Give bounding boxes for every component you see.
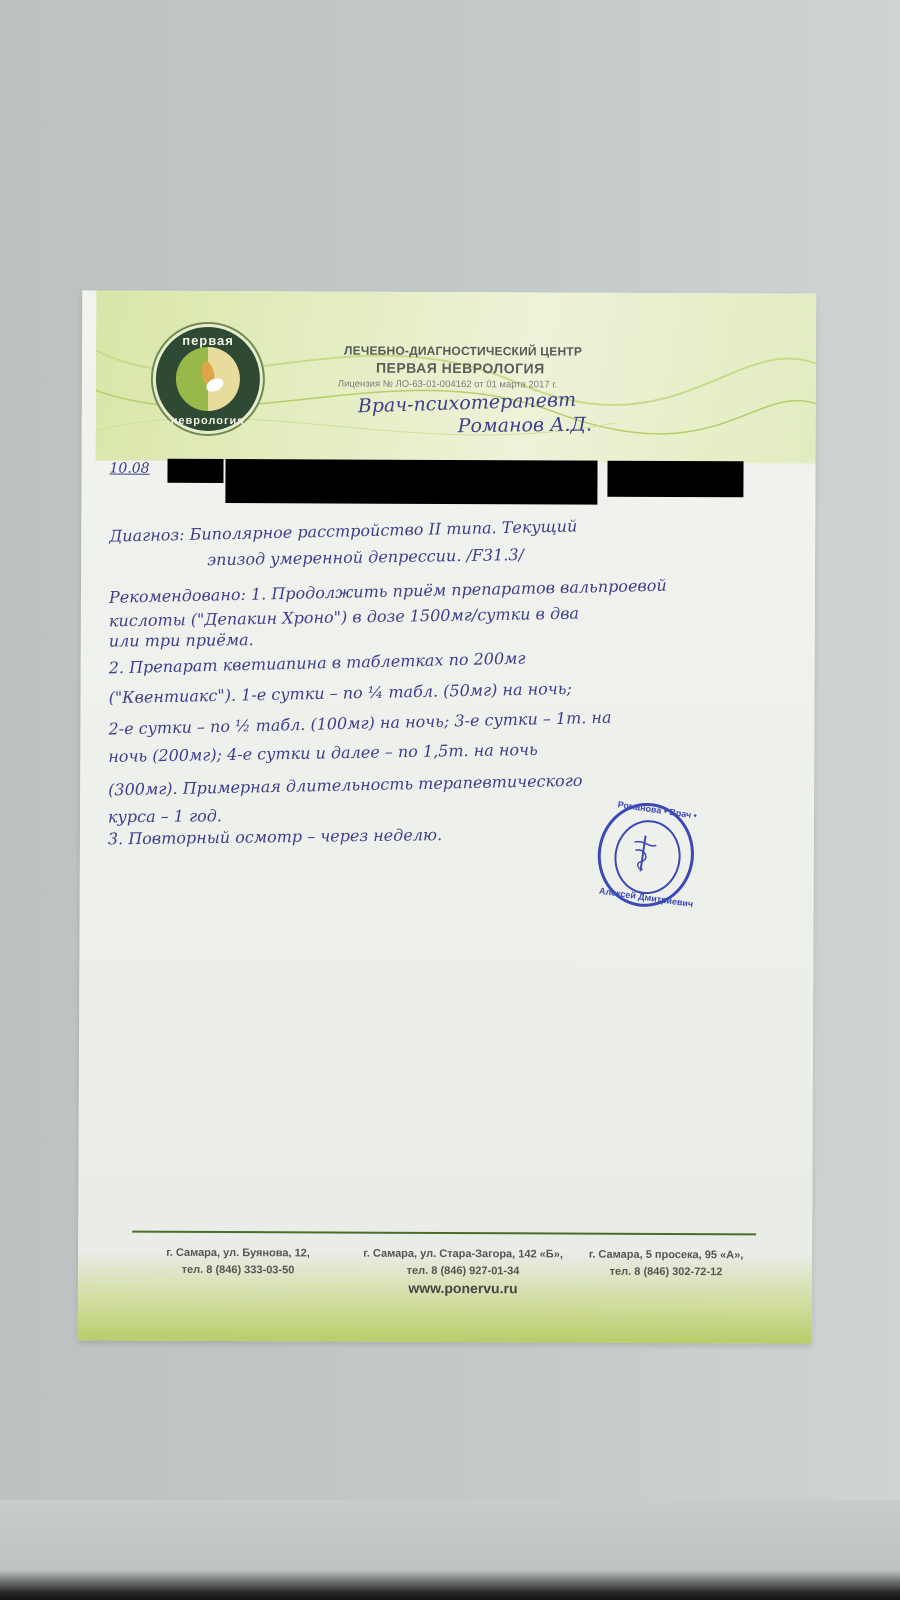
footer-address-1-phone: тел. 8 (846) 333-03-50	[148, 1262, 328, 1280]
prescription-line: или три приёма.	[109, 630, 254, 650]
prescription-line: ночь (200мг); 4-е сутки и далее – по 1,5…	[108, 740, 538, 766]
table-surface-bottom	[0, 1500, 900, 1600]
prescription-line: Диагноз: Биполярное расстройство II типа…	[109, 516, 577, 545]
footer-address-1: г. Самара, ул. Буянова, 12, тел. 8 (846)…	[148, 1245, 328, 1280]
redacted-patient-birthdate	[607, 461, 743, 498]
logo-emblem	[176, 347, 240, 411]
prescription-line: 2. Препарат кветиапина в таблетках по 20…	[109, 649, 526, 678]
caduceus-icon	[626, 832, 659, 876]
footer-address-2-phone: тел. 8 (846) 927-01-34	[343, 1263, 583, 1281]
redacted-patient-name	[225, 459, 597, 505]
prescription-line: кислоты ("Депакин Хроно") в дозе 1500мг/…	[109, 604, 579, 631]
visit-date: 10.08	[109, 461, 149, 477]
footer-address-2: г. Самара, ул. Стара-Загора, 142 «Б», те…	[343, 1246, 583, 1281]
letterhead: первая неврология ЛЕЧЕБНО-ДИАГНОСТИЧЕСКИ…	[96, 290, 817, 463]
prescription-sheet: первая неврология ЛЕЧЕБНО-ДИАГНОСТИЧЕСКИ…	[78, 290, 817, 1343]
prescription-line: Рекомендовано: 1. Продолжить приём препа…	[109, 576, 667, 607]
footer-address-1-street: г. Самара, ул. Буянова, 12,	[148, 1245, 328, 1263]
prescription-line: 2-е сутки – по ½ табл. (100мг) на ночь; …	[108, 708, 611, 739]
redacted-patient-initials	[167, 459, 223, 483]
prescription-line: (300мг). Примерная длительность терапевт…	[108, 771, 583, 800]
logo-text-bottom: неврология	[156, 415, 260, 427]
doctor-name: Романов А.Д.	[458, 413, 593, 437]
clinic-logo: первая неврология	[156, 327, 260, 431]
footer-address-3: г. Самара, 5 просека, 95 «А», тел. 8 (84…	[566, 1247, 766, 1282]
footer-address-2-street: г. Самара, ул. Стара-Загора, 142 «Б»,	[343, 1246, 583, 1264]
stamp-top-text: Романова • Врач •	[617, 799, 697, 820]
clinic-website: www.ponervu.ru	[378, 1280, 548, 1297]
footer-address-3-street: г. Самара, 5 просека, 95 «А»,	[566, 1247, 766, 1265]
prescription-line: эпизод умеренной депрессии. /F31.3/	[207, 545, 524, 569]
license-number: Лицензия № ЛО-63-01-004162 от 01 марта 2…	[338, 379, 557, 391]
prescription-line: ("Квентиакс"). 1-е сутки – по ¼ табл. (5…	[108, 679, 572, 707]
org-name: ПЕРВАЯ НЕВРОЛОГИЯ	[376, 360, 545, 377]
prescription-line: 3. Повторный осмотр – через неделю.	[108, 825, 442, 848]
footer-address-3-phone: тел. 8 (846) 302-72-12	[566, 1264, 766, 1282]
prescription-line: курса – 1 год.	[108, 806, 222, 826]
logo-text-top: первая	[156, 333, 260, 348]
org-type: ЛЕЧЕБНО-ДИАГНОСТИЧЕСКИЙ ЦЕНТР	[344, 344, 582, 359]
footer-divider	[132, 1231, 756, 1236]
doctor-stamp: Романова • Врач • Алексей Дмитриевич	[591, 797, 701, 914]
